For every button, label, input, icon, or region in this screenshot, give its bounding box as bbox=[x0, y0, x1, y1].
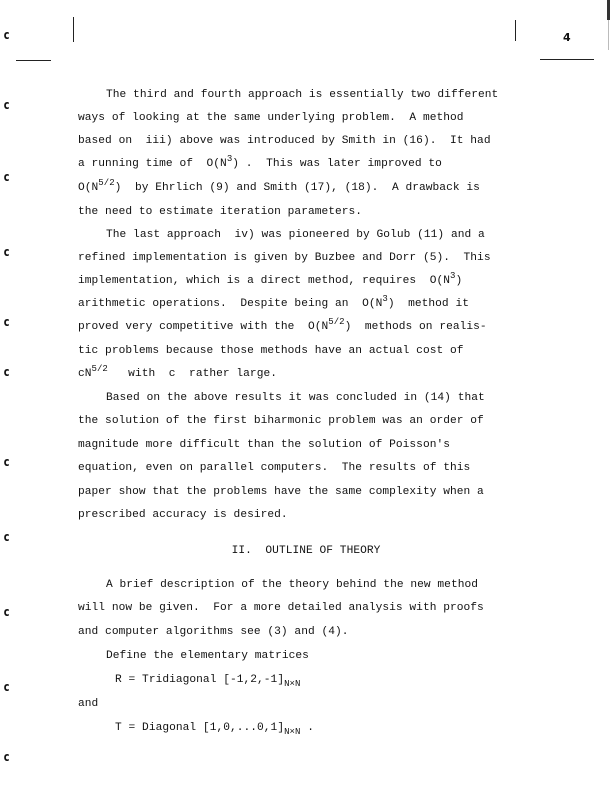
crop-mark-left-horizontal bbox=[16, 60, 51, 61]
para1-line1: The third and fourth approach is essenti… bbox=[106, 88, 498, 102]
equation-connector: and bbox=[78, 697, 98, 711]
para2-line1: The last approach iv) was pioneered by G… bbox=[106, 228, 485, 242]
punch-mark-icon: c bbox=[4, 455, 10, 469]
para1-line2: ways of looking at the same underlying p… bbox=[78, 111, 464, 125]
page-edge-shadow bbox=[608, 20, 609, 50]
document-page: 4 ccccccccccc The third and fourth appro… bbox=[0, 0, 612, 791]
para3-line3: magnitude more difficult than the soluti… bbox=[78, 438, 450, 452]
punch-mark-icon: c bbox=[4, 315, 10, 329]
page-edge-mark bbox=[607, 0, 610, 20]
punch-mark-icon: c bbox=[4, 245, 10, 259]
punch-mark-icon: c bbox=[4, 605, 10, 619]
punch-mark-icon: c bbox=[4, 170, 10, 184]
para1-line5: O(N5/2) by Ehrlich (9) and Smith (17), (… bbox=[78, 181, 480, 195]
para1-line3: based on iii) above was introduced by Sm… bbox=[78, 134, 491, 148]
para2-line7: cN5/2 with c rather large. bbox=[78, 367, 277, 381]
para2-line5: proved very competitive with the O(N5/2)… bbox=[78, 320, 487, 334]
page-number: 4 bbox=[563, 31, 571, 44]
para1-line4: a running time of O(N3) . This was later… bbox=[78, 157, 442, 171]
section-heading: II. OUTLINE OF THEORY bbox=[0, 544, 612, 558]
equation-T: T = Diagonal [1,0,...0,1]N×N . bbox=[115, 721, 314, 735]
equation-R: R = Tridiagonal [-1,2,-1]N×N bbox=[115, 673, 300, 687]
punch-mark-icon: c bbox=[4, 530, 10, 544]
theory-line1: A brief description of the theory behind… bbox=[106, 578, 478, 592]
punch-mark-icon: c bbox=[4, 750, 10, 764]
theory-line2: will now be given. For a more detailed a… bbox=[78, 601, 484, 615]
para3-line2: the solution of the first biharmonic pro… bbox=[78, 414, 484, 428]
para3-line5: paper show that the problems have the sa… bbox=[78, 485, 484, 499]
theory-line3: and computer algorithms see (3) and (4). bbox=[78, 625, 349, 639]
punch-mark-icon: c bbox=[4, 98, 10, 112]
para2-line2: refined implementation is given by Buzbe… bbox=[78, 251, 491, 265]
para2-line4: arithmetic operations. Despite being an … bbox=[78, 297, 469, 311]
para3-line6: prescribed accuracy is desired. bbox=[78, 508, 288, 522]
theory-define: Define the elementary matrices bbox=[106, 649, 309, 663]
crop-mark-right-vertical bbox=[515, 20, 516, 41]
para3-line1: Based on the above results it was conclu… bbox=[106, 391, 485, 405]
punch-mark-icon: c bbox=[4, 28, 10, 42]
crop-mark-right-horizontal bbox=[540, 59, 594, 60]
para2-line3: implementation, which is a direct method… bbox=[78, 274, 462, 288]
crop-mark-left-vertical bbox=[73, 17, 74, 42]
para3-line4: equation, even on parallel computers. Th… bbox=[78, 461, 470, 475]
para2-line6: tic problems because those methods have … bbox=[78, 344, 464, 358]
punch-mark-icon: c bbox=[4, 680, 10, 694]
punch-mark-icon: c bbox=[4, 365, 10, 379]
para1-line6: the need to estimate iteration parameter… bbox=[78, 205, 362, 219]
